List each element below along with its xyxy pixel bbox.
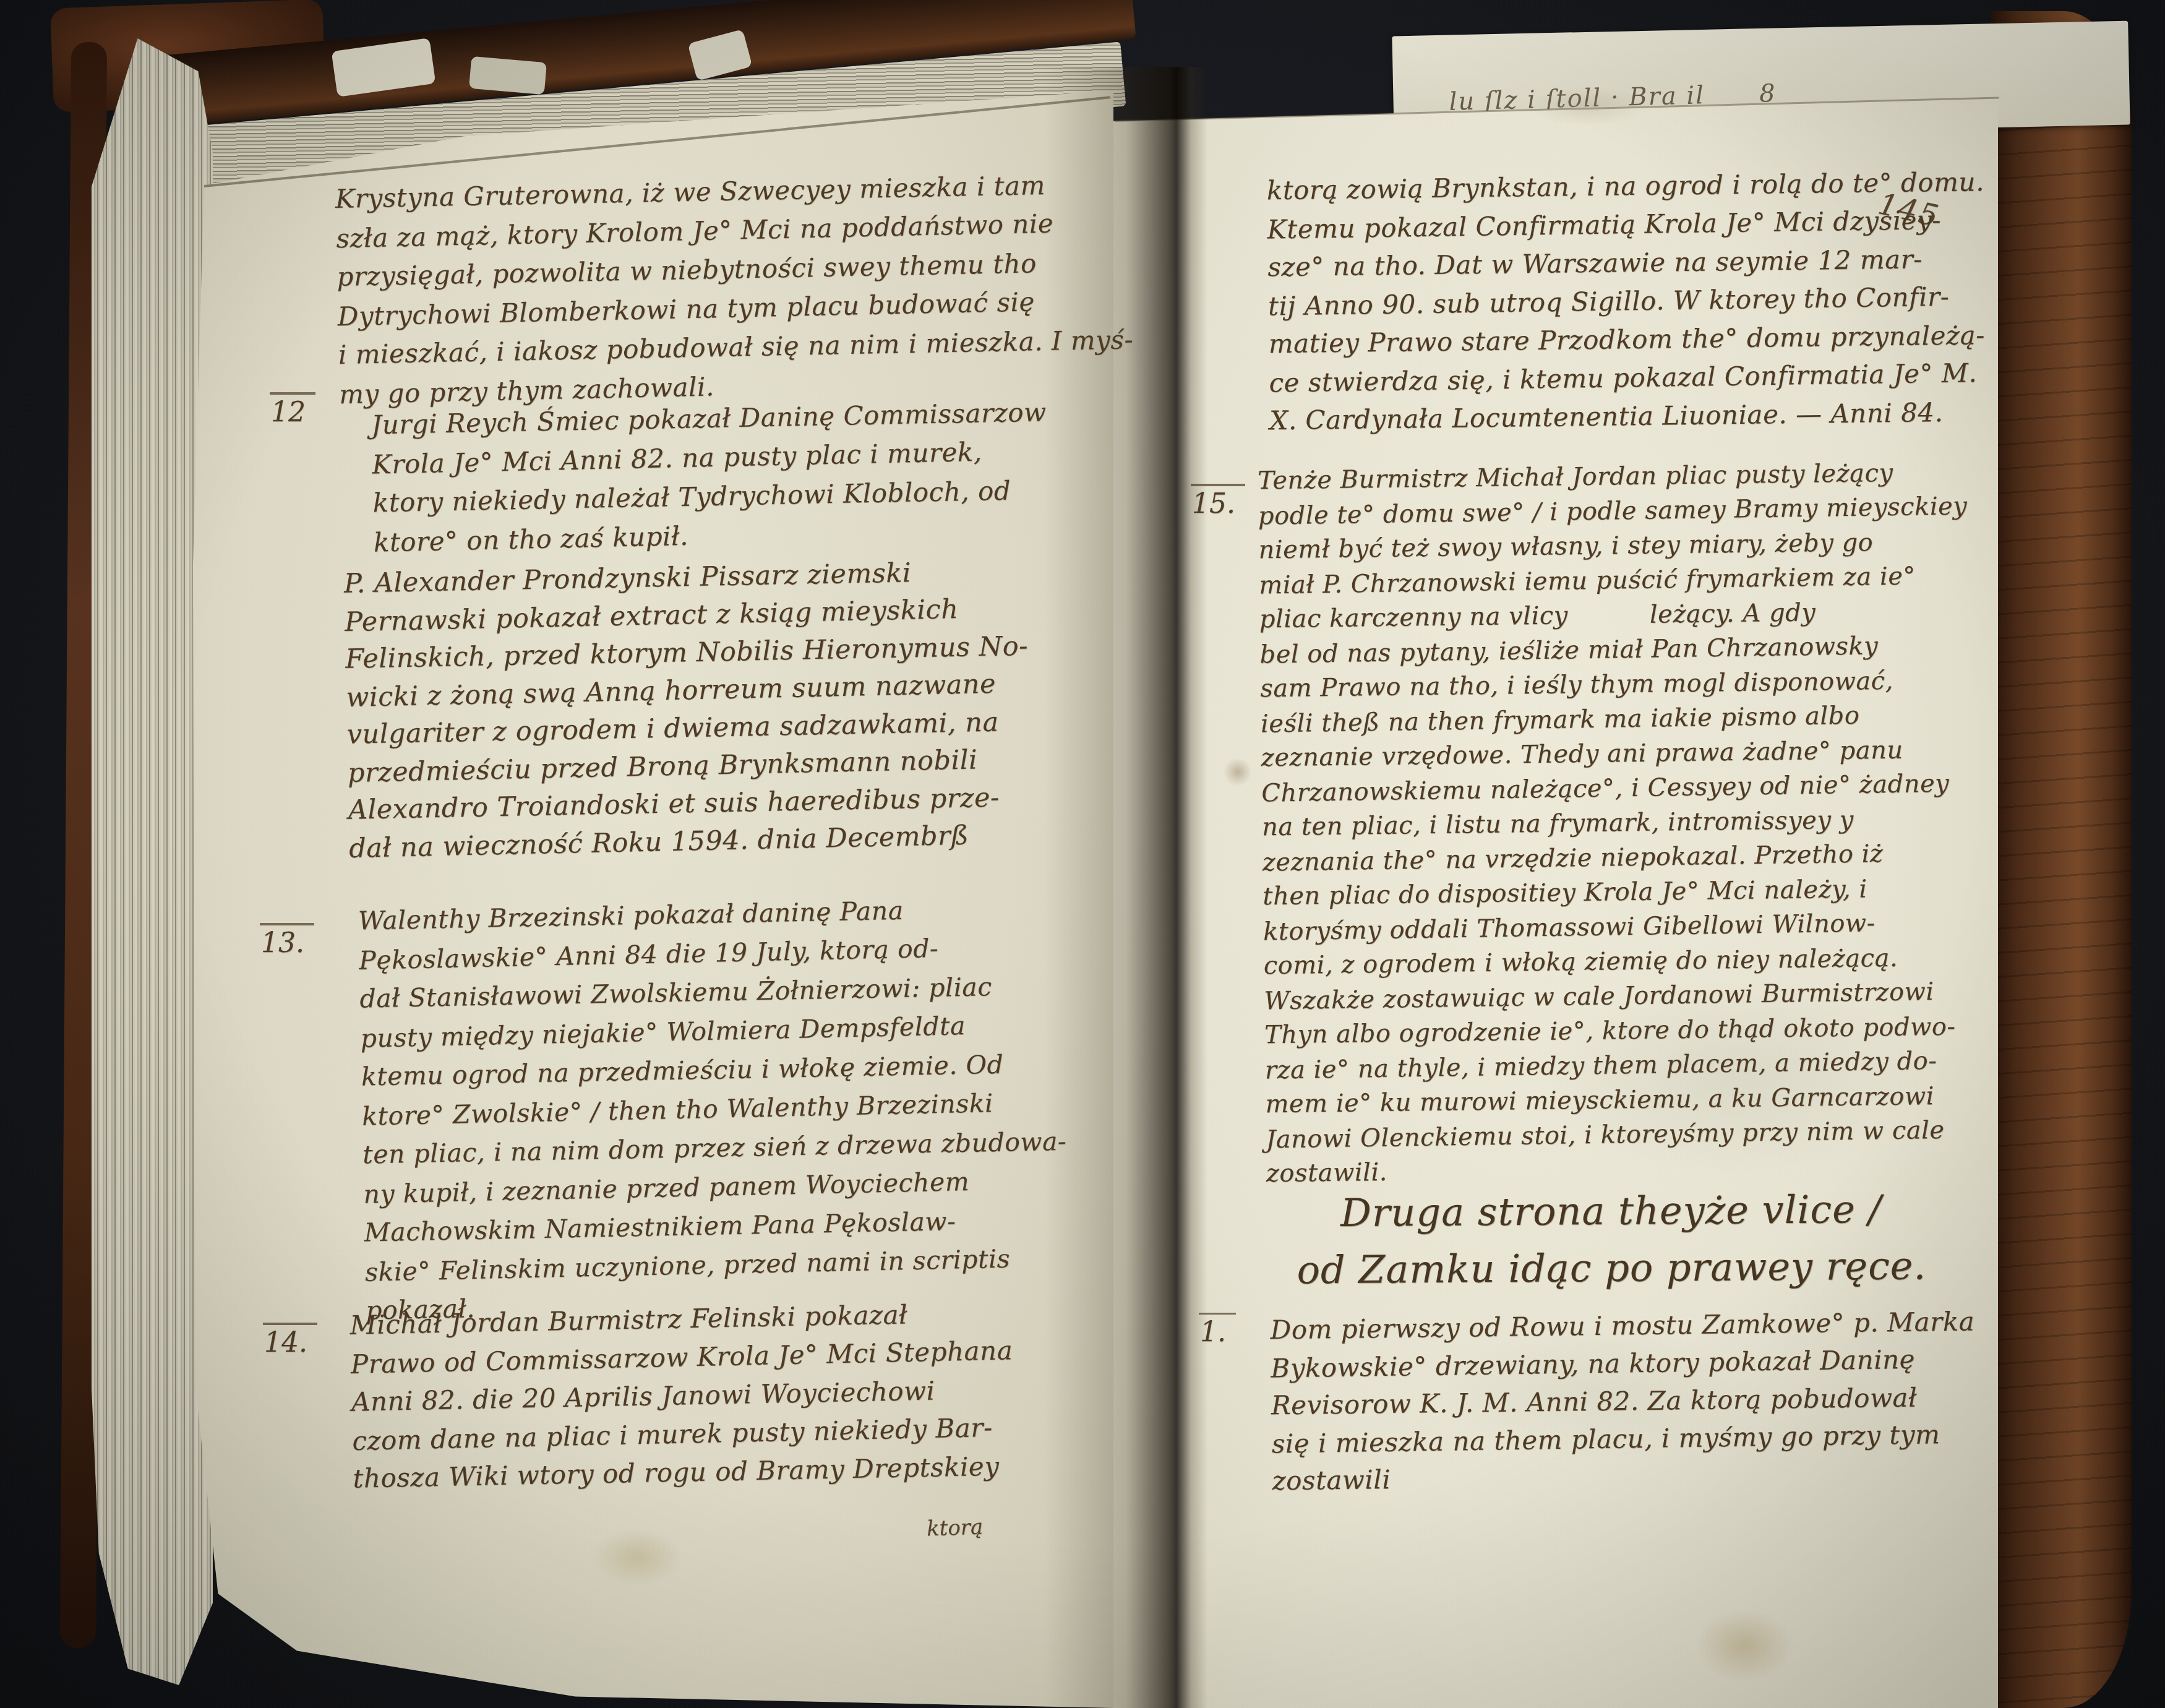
entry-marker-15: 15.	[1191, 484, 1245, 520]
section-heading-line-2: od Zamku idąc po prawey ręce.	[1250, 1237, 1974, 1299]
section-heading: Druga strona theyże vlice / od Zamku idą…	[1249, 1180, 1973, 1299]
manuscript-paragraph: Tenże Burmistrz Michał Jordan pliac pust…	[1258, 455, 2009, 1191]
manuscript-paragraph: Dom pierwszy od Rowu i mostu Zamkowe° p.…	[1270, 1302, 2015, 1500]
entry-marker-14: 14.	[263, 1323, 317, 1358]
manuscript-paragraph: Walenthy Brzezinski pokazał daninę PanaP…	[358, 887, 1111, 1330]
catchword: ktorą	[926, 1514, 984, 1541]
manuscript-paragraph: Jurgi Reych Śmiec pokazał Daninę Commiss…	[371, 392, 1107, 562]
entry-marker-12: 12	[270, 392, 315, 428]
manuscript-paragraph: P. Alexander Prondzynski Pissarz ziemski…	[343, 551, 1107, 867]
entry-marker-13: 13.	[260, 923, 314, 959]
manuscript-paragraph: Krystyna Gruterowna, iż we Szwecyey mies…	[335, 165, 1109, 413]
section-heading-line-1: Druga strona theyże vlice /	[1249, 1180, 1973, 1242]
manuscript-paragraph: Michał Jordan Burmistrz Felinski pokazał…	[349, 1292, 1105, 1498]
torn-paper-scrap	[469, 56, 547, 95]
entry-marker-1: 1.	[1199, 1313, 1236, 1348]
manuscript-paragraph: ktorą zowią Brynkstan, i na ogrod i rolą…	[1266, 163, 2009, 440]
manuscript-book-photo: lu ſlz i ſtoll · Bra il 8 Krystyna Grute…	[0, 0, 2165, 1708]
